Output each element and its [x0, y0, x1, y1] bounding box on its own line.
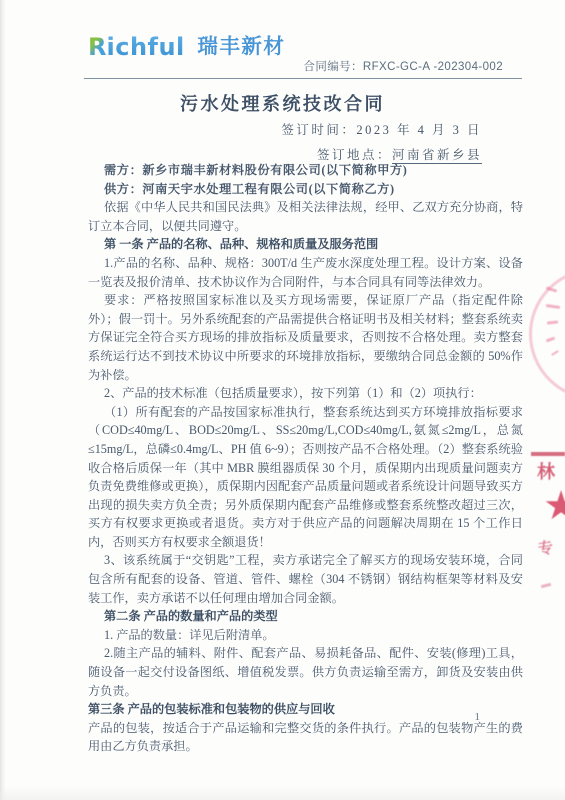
clause-1-item-1: 1.产品的名称、品种、规格：300T/d 生产废水深度处理工程。设计方案、设备一…	[88, 254, 523, 291]
richful-logo: Richful 瑞丰新材	[88, 29, 285, 61]
contract-page: Richful 瑞丰新材 合同编号：RFXC-GC-A -202304-002 …	[0, 0, 565, 800]
seal-fragment-icon	[546, 286, 557, 292]
logo-letter-r-icon: R	[88, 33, 106, 61]
seal2-char-top: 林	[537, 458, 555, 484]
seal2-char-bottom: 专	[537, 536, 555, 559]
sign-place-label: 签订地点：	[317, 148, 392, 162]
seal2-stroke-icon	[531, 452, 565, 456]
contract-body: 需方：新乡市瑞丰新材料股份有限公司(以下简称甲方) 供方：河南天宇水处理工程有限…	[88, 161, 523, 756]
clause-3-text: 产品的包装，按适合于产品运输和完整交货的条件执行。产品的包装物产生的费用由乙方负…	[88, 719, 523, 756]
preamble: 依据《中华人民共和国民法典》及相关法律法规，经甲、乙双方充分协商，特订立本合同，…	[88, 198, 523, 235]
seal-ring-icon	[529, 268, 565, 400]
sign-time-value: 2023 年 4 月 3 日	[356, 123, 482, 137]
clause-1-item-2: 2、产品的技术标准（包括质量要求），按下列第（1）和（2）项执行：	[88, 384, 523, 403]
page-number: 1	[475, 711, 481, 723]
clause-3-heading: 第三条 产品的包装标准和包装物的供应与回收	[88, 700, 523, 719]
clause-1-require: 要求：严格按照国家标准以及买方现场需要，保证原厂产品（指定配件除外）；假一罚十。…	[88, 291, 523, 384]
contract-number-value: RFXC-GC-A -202304-002	[363, 61, 503, 73]
contract-number-label: 合同编号：	[303, 61, 363, 73]
document-title: 污水处理系统技改合同	[0, 90, 565, 116]
contract-number: 合同编号：RFXC-GC-A -202304-002	[303, 58, 503, 74]
clause-2-heading: 第二条 产品的数量和产品的类型	[88, 607, 523, 626]
supplier-line: 供方：河南天宇水处理工程有限公司(以下简称乙方)	[88, 180, 523, 199]
clause-2-item-2: 2.随主产品的辅料、附件、配套产品、易损耗备品、配件、安装(修理)工具，随设备一…	[88, 644, 523, 700]
buyer-line: 需方：新乡市瑞丰新材料股份有限公司(以下简称甲方)	[88, 161, 523, 180]
clause-1-heading: 第 一条 产品的名称、品种、规格和质量及服务范围	[88, 235, 523, 254]
seal2-star-icon: ★	[543, 486, 565, 526]
seal-fragment-icon	[546, 304, 560, 309]
seal2-stroke-icon	[541, 583, 551, 588]
sign-time: 签订时间：2023 年 4 月 3 日	[281, 120, 482, 138]
logo-brand-en: ichful	[106, 33, 184, 61]
header-divider	[84, 78, 522, 79]
clause-1-item-3: 3、该系统属于“交钥匙”工程，卖方承诺完全了解买方的现场安装环境，合同包含所有配…	[88, 551, 523, 607]
clause-1-specs: （1）所有配套的产品按国家标准执行，整套系统达到买方环境排放指标要求（COD≤4…	[88, 403, 523, 552]
logo-brand-cn: 瑞丰新材	[197, 34, 285, 58]
seal-fragment-icon	[547, 320, 558, 324]
seal-fragment-icon	[546, 337, 555, 343]
seal-fragment-icon	[551, 350, 559, 356]
sign-time-label: 签订时间：	[281, 123, 356, 137]
clause-2-item-1: 1. 产品的数量：详见后附清单。	[88, 626, 523, 645]
